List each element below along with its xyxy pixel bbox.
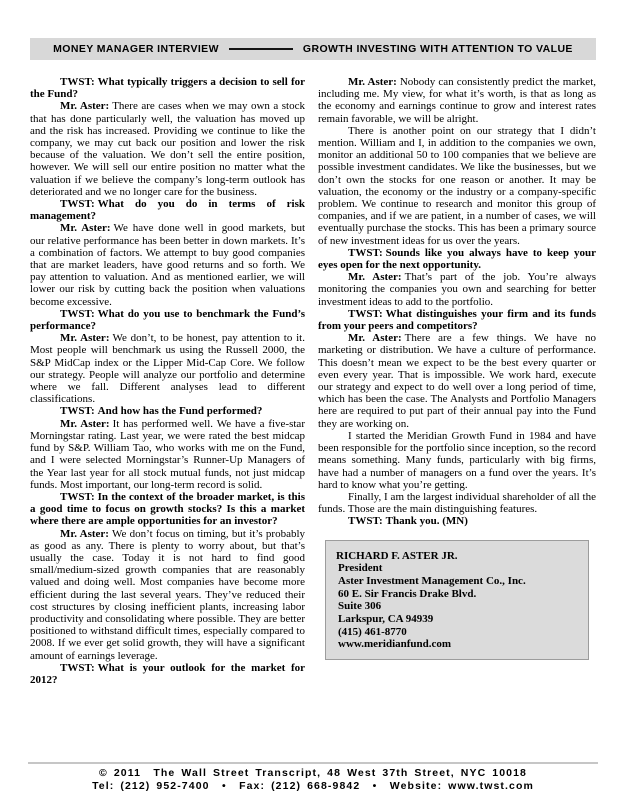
speaker-label: TWST: <box>348 515 383 527</box>
interview-paragraph: Mr. Aster:We have done well in good mark… <box>30 222 305 307</box>
speaker-label: Mr. Aster: <box>60 418 110 430</box>
header-left-title: MONEY MANAGER INTERVIEW <box>53 43 219 55</box>
contact-line: Larkspur, CA 94939 <box>336 613 578 626</box>
header-bar: MONEY MANAGER INTERVIEW GROWTH INVESTING… <box>30 38 596 60</box>
paragraph-text: And how has the Fund performed? <box>98 405 263 417</box>
speaker-label: Mr. Aster: <box>60 528 109 540</box>
speaker-label: TWST: <box>60 198 95 210</box>
interview-paragraph: Mr. Aster:There are cases when we may ow… <box>30 100 305 198</box>
left-column: TWST:What typically triggers a decision … <box>30 76 305 686</box>
interview-paragraph: TWST:What do you use to benchmark the Fu… <box>30 308 305 332</box>
contact-line: 60 E. Sir Francis Drake Blvd. <box>336 588 578 601</box>
paragraph-text: There is another point on our strategy t… <box>318 125 596 247</box>
two-column-body: TWST:What typically triggers a decision … <box>30 76 596 686</box>
footer-divider <box>28 762 598 764</box>
speaker-label: TWST: <box>60 76 95 88</box>
speaker-label: Mr. Aster: <box>60 222 111 234</box>
right-column: Mr. Aster:Nobody can consistently predic… <box>318 76 596 686</box>
interview-paragraph: I started the Meridian Growth Fund in 19… <box>318 430 596 491</box>
interview-paragraph: Mr. Aster:We don’t, to be honest, pay at… <box>30 332 305 405</box>
interview-paragraph: TWST:What distinguishes your firm and it… <box>318 308 596 332</box>
interview-paragraph: Mr. Aster:We don’t focus on timing, but … <box>30 528 305 662</box>
speaker-label: TWST: <box>60 405 95 417</box>
speaker-label: TWST: <box>348 247 383 259</box>
interview-paragraph: TWST:And how has the Fund performed? <box>30 405 305 417</box>
paragraph-text: Finally, I am the largest individual sha… <box>318 491 596 515</box>
paragraph-text: I started the Meridian Growth Fund in 19… <box>318 430 596 491</box>
contact-line: RICHARD F. ASTER JR. <box>336 550 578 563</box>
interview-paragraph: Mr. Aster:That’s part of the job. You’re… <box>318 271 596 308</box>
contact-line: President <box>336 562 578 575</box>
interview-paragraph: Finally, I am the largest individual sha… <box>318 491 596 515</box>
footer-contact-line: Tel: (212) 952-7400 • Fax: (212) 668-984… <box>0 780 626 793</box>
speaker-label: TWST: <box>60 662 95 674</box>
speaker-label: TWST: <box>60 491 95 503</box>
footer: © 2011 The Wall Street Transcript, 48 We… <box>0 767 626 793</box>
interview-paragraph: Mr. Aster:Nobody can consistently predic… <box>318 76 596 125</box>
contact-box: RICHARD F. ASTER JR. President Aster Inv… <box>325 540 589 661</box>
paragraph-text: We have done well in good markets, but o… <box>30 222 305 307</box>
interview-paragraph: TWST:What is your outlook for the market… <box>30 662 305 686</box>
interview-paragraph: TWST:What do you do in terms of risk man… <box>30 198 305 222</box>
contact-line: www.meridianfund.com <box>336 638 578 651</box>
interview-paragraph: Mr. Aster:It has performed well. We have… <box>30 418 305 491</box>
interview-paragraph: There is another point on our strategy t… <box>318 125 596 247</box>
speaker-label: Mr. Aster: <box>348 271 402 283</box>
paragraph-text: Thank you. (MN) <box>386 515 468 527</box>
contact-line: Aster Investment Management Co., Inc. <box>336 575 578 588</box>
interview-paragraph: TWST:What typically triggers a decision … <box>30 76 305 100</box>
interview-paragraph: TWST:Sounds like you always have to keep… <box>318 247 596 271</box>
header-right-title: GROWTH INVESTING WITH ATTENTION TO VALUE <box>303 43 573 55</box>
speaker-label: Mr. Aster: <box>60 100 109 112</box>
speaker-label: TWST: <box>60 308 95 320</box>
contact-line: Suite 306 <box>336 600 578 613</box>
interview-paragraph: TWST:In the context of the broader marke… <box>30 491 305 528</box>
paragraph-text: There are a few things. We have no marke… <box>318 332 596 429</box>
paragraph-text: We don’t focus on timing, but it’s proba… <box>30 528 305 662</box>
document-page: MONEY MANAGER INTERVIEW GROWTH INVESTING… <box>0 0 626 810</box>
interview-paragraph: TWST:Thank you. (MN) <box>318 515 596 527</box>
interview-paragraph: Mr. Aster:There are a few things. We hav… <box>318 332 596 430</box>
footer-copyright-line: © 2011 The Wall Street Transcript, 48 We… <box>0 767 626 780</box>
contact-line: (415) 461-8770 <box>336 626 578 639</box>
right-column-paragraphs: Mr. Aster:Nobody can consistently predic… <box>318 76 596 528</box>
speaker-label: TWST: <box>348 308 383 320</box>
speaker-label: Mr. Aster: <box>348 332 402 344</box>
paragraph-text: There are cases when we may own a stock … <box>30 100 305 197</box>
speaker-label: Mr. Aster: <box>60 332 109 344</box>
header-divider-line <box>229 48 293 50</box>
speaker-label: Mr. Aster: <box>348 76 397 88</box>
